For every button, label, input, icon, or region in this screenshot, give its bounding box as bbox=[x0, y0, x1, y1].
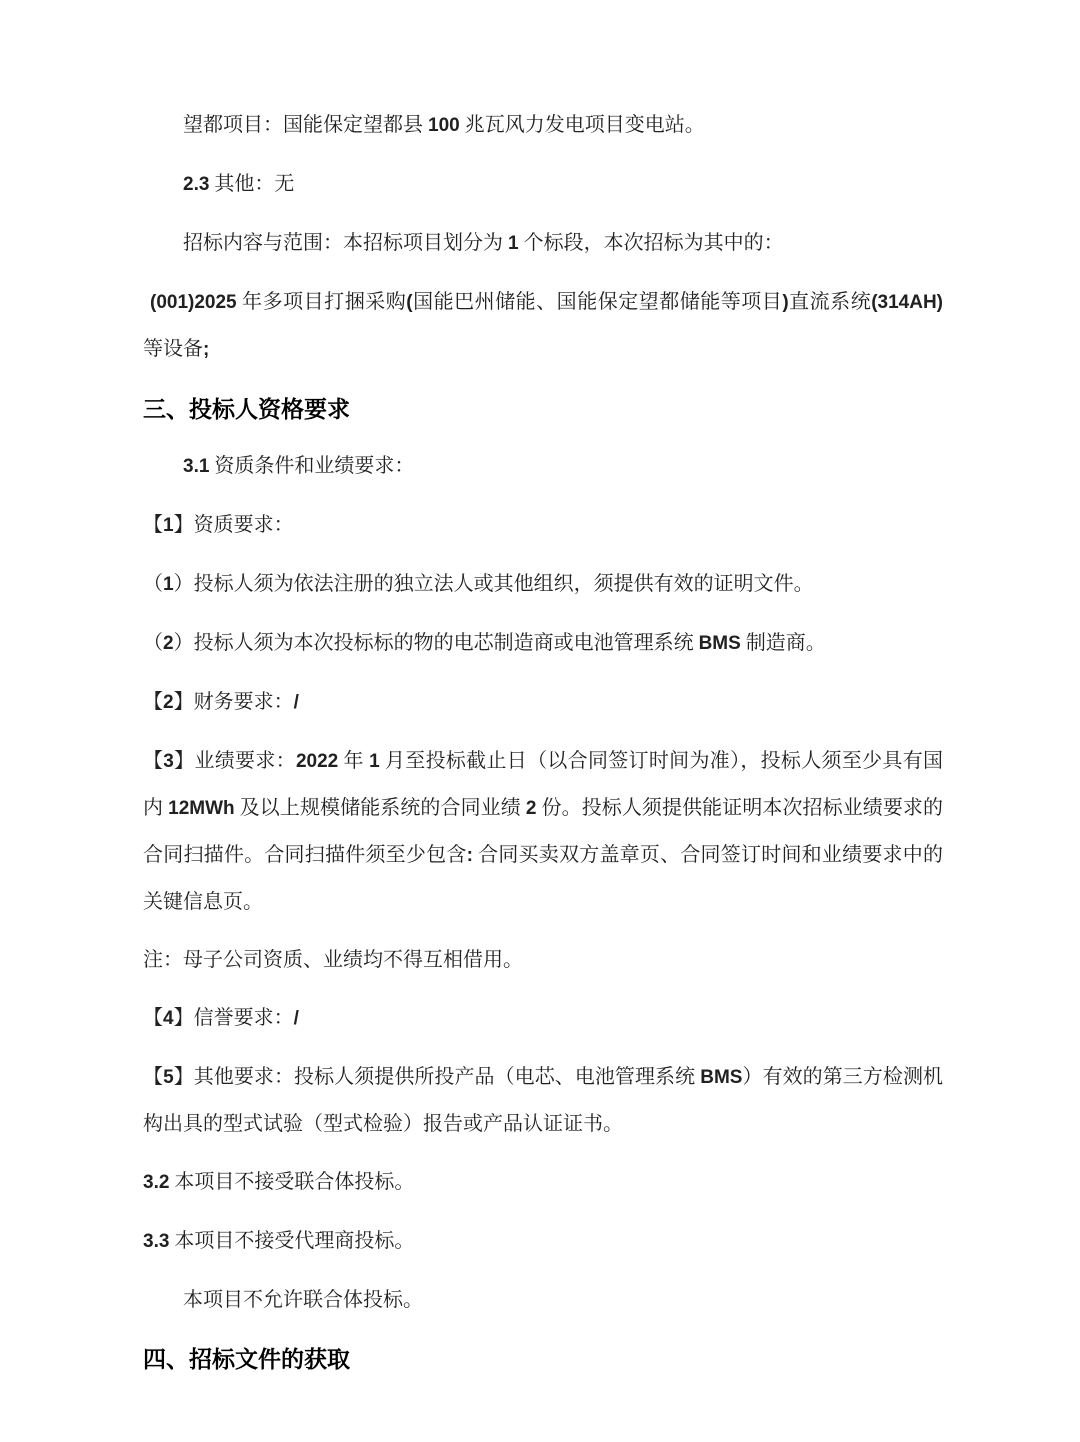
para-lot-001: (001)2025 年多项目打捆采购(国能巴州储能、国能保定望都储能等项目)直流… bbox=[143, 279, 943, 373]
para-note-parent-subsidiary: 注：母子公司资质、业绩均不得互相借用。 bbox=[143, 937, 943, 983]
para-3-1-qualification: 3.1 资质条件和业绩要求： bbox=[143, 443, 943, 490]
para-req2-financial: 【2】财务要求：/ bbox=[143, 679, 943, 726]
para-req4-reputation: 【4】信誉要求：/ bbox=[143, 995, 943, 1042]
para-3-3-no-agent: 3.3 本项目不接受代理商投标。 bbox=[143, 1218, 943, 1265]
para-req1-qualification: 【1】资质要求： bbox=[143, 502, 943, 549]
para-3-2-no-consortium: 3.2 本项目不接受联合体投标。 bbox=[143, 1159, 943, 1206]
para-no-consortium-allowed: 本项目不允许联合体投标。 bbox=[143, 1277, 943, 1323]
para-req1-item2: （2）投标人须为本次投标标的物的电芯制造商或电池管理系统 BMS 制造商。 bbox=[143, 620, 943, 667]
heading-section-3-bidder-qualification: 三、投标人资格要求 bbox=[143, 385, 943, 435]
para-req1-item1: （1）投标人须为依法注册的独立法人或其他组织，须提供有效的证明文件。 bbox=[143, 561, 943, 608]
heading-section-4-obtain-tender-documents: 四、招标文件的获取 bbox=[143, 1335, 943, 1385]
document-page: 望都项目：国能保定望都县 100 兆瓦风力发电项目变电站。 2.3 其他：无 招… bbox=[0, 0, 1080, 1442]
para-req5-other: 【5】其他要求：投标人须提供所投产品（电芯、电池管理系统 BMS）有效的第三方检… bbox=[143, 1054, 943, 1147]
para-2-3-others: 2.3 其他：无 bbox=[143, 161, 943, 208]
para-req3-performance: 【3】业绩要求：2022 年 1 月至投标截止日（以合同签订时间为准），投标人须… bbox=[143, 738, 943, 925]
para-tender-content-scope: 招标内容与范围：本招标项目划分为 1 个标段，本次招标为其中的： bbox=[143, 220, 943, 267]
para-wangdu-project: 望都项目：国能保定望都县 100 兆瓦风力发电项目变电站。 bbox=[143, 102, 943, 149]
